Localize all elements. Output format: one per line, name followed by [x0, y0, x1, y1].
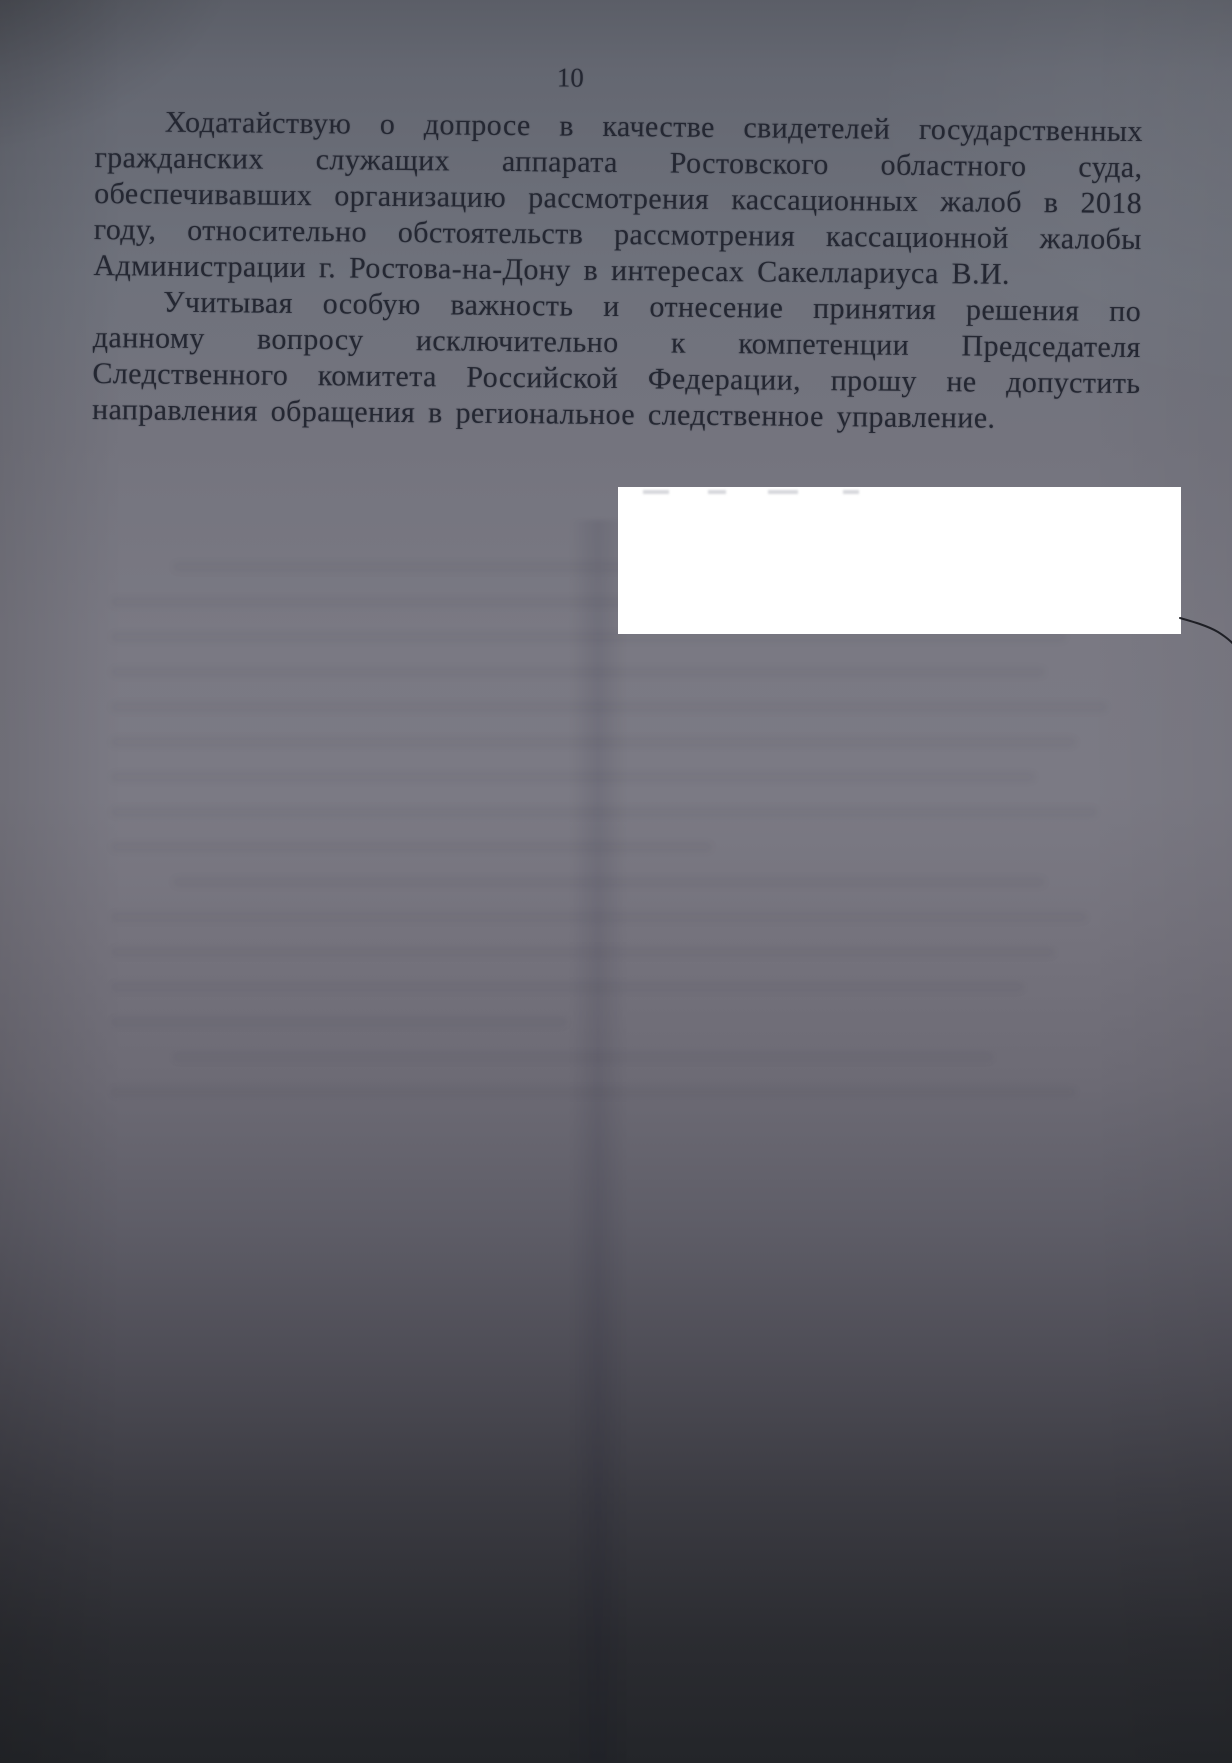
bleed-through-line	[110, 842, 713, 852]
bleed-through-line	[110, 807, 1098, 817]
paragraph: Ходатайствую о допросе в качестве свидет…	[93, 104, 1143, 294]
bleed-through-line	[172, 1052, 994, 1062]
bleed-through-line	[172, 877, 1046, 887]
bleed-through-line	[110, 947, 1056, 957]
redaction-remnant-mark	[843, 490, 859, 494]
document-text-layer: 10 Ходатайствую о допросе в качестве сви…	[1, 0, 1232, 11]
paragraph: Учитывая особую важность и отнесение при…	[92, 284, 1141, 438]
redaction-remnant-mark	[643, 490, 669, 494]
bleed-through-line	[110, 667, 1046, 677]
bleed-through-line	[110, 737, 1077, 747]
page-number: 10	[520, 62, 620, 94]
document-photo: 10 Ходатайствую о допросе в качестве сви…	[0, 0, 1232, 1763]
bleed-through-line	[110, 702, 1108, 712]
document-body-text: Ходатайствую о допросе в качестве свидет…	[92, 104, 1143, 438]
bleed-through-line	[110, 772, 1036, 782]
redaction-remnant-mark	[708, 490, 726, 494]
bleed-through-line	[110, 1017, 568, 1027]
bleed-through-line	[110, 912, 1088, 922]
bleed-through-text	[110, 562, 1150, 1122]
redaction-box	[618, 487, 1181, 634]
bleed-through-line	[110, 1087, 1077, 1097]
signature-stroke	[1176, 606, 1232, 652]
bleed-through-line	[110, 982, 1025, 992]
redaction-remnant-mark	[768, 490, 798, 494]
